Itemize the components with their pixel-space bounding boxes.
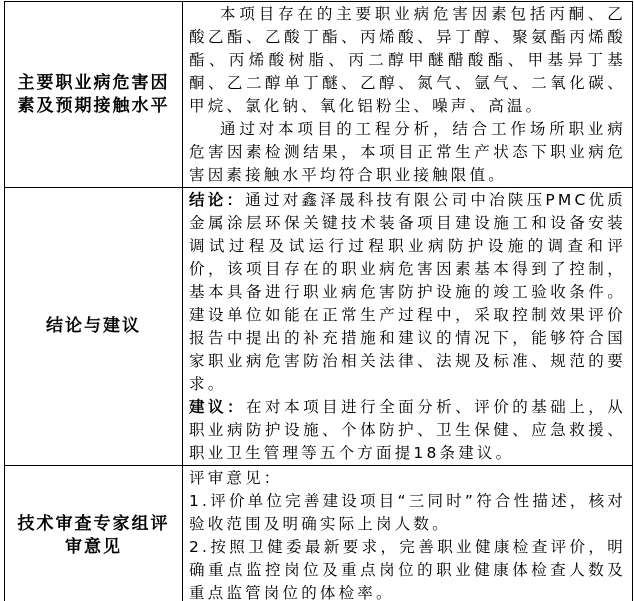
table-row-conclusion: 结论与建议 结论：通过对鑫泽晟科技有限公司中冶陕压PMC优质金属涂层环保关键技术… xyxy=(5,188,633,466)
row-content-hazards: 本项目存在的主要职业病危害因素包括丙酮、乙酸乙酯、乙酸丁酯、丙烯酸、异丁醇、聚氨… xyxy=(183,2,633,188)
report-table: 主要职业病危害因素及预期接触水平 本项目存在的主要职业病危害因素包括丙酮、乙酸乙… xyxy=(4,1,633,601)
row-label-hazards: 主要职业病危害因素及预期接触水平 xyxy=(5,2,183,188)
row-label-review: 技术审查专家组评审意见 xyxy=(5,466,183,601)
hazards-paragraph-2: 通过对本项目的工程分析，结合工作场所职业病危害因素检测结果，本项目正常生产状态下… xyxy=(189,118,626,187)
review-heading: 评审意见： xyxy=(189,467,626,490)
row-content-conclusion: 结论：通过对鑫泽晟科技有限公司中冶陕压PMC优质金属涂层环保关键技术装备项目建设… xyxy=(183,188,633,466)
row-label-conclusion: 结论与建议 xyxy=(5,188,183,466)
table-row-review: 技术审查专家组评审意见 评审意见： 1.评价单位完善建设项目“三同时”符合性描述… xyxy=(5,466,633,601)
suggestion-text: 在对本项目进行全面分析、评价的基础上，从职业病防护设施、个体防护、卫生保健、应急… xyxy=(189,398,626,462)
row-content-review: 评审意见： 1.评价单位完善建设项目“三同时”符合性描述，核对验收范围及明确实际… xyxy=(183,466,633,601)
suggestion-label: 建议： xyxy=(189,398,246,416)
table-row-hazards: 主要职业病危害因素及预期接触水平 本项目存在的主要职业病危害因素包括丙酮、乙酸乙… xyxy=(5,2,633,188)
hazards-paragraph-1: 本项目存在的主要职业病危害因素包括丙酮、乙酸乙酯、乙酸丁酯、丙烯酸、异丁醇、聚氨… xyxy=(189,3,626,118)
conclusion-text: 通过对鑫泽晟科技有限公司中冶陕压PMC优质金属涂层环保关键技术装备项目建设施工和… xyxy=(189,191,626,393)
conclusion-paragraph: 结论：通过对鑫泽晟科技有限公司中冶陕压PMC优质金属涂层环保关键技术装备项目建设… xyxy=(189,189,626,396)
suggestion-paragraph: 建议：在对本项目进行全面分析、评价的基础上，从职业病防护设施、个体防护、卫生保健… xyxy=(189,396,626,465)
conclusion-label: 结论： xyxy=(189,191,245,209)
review-item-1: 1.评价单位完善建设项目“三同时”符合性描述，核对验收范围及明确实际上岗人数。 xyxy=(189,490,626,536)
review-item-2: 2.按照卫健委最新要求，完善职业健康检查评价，明确重点监控岗位及重点岗位的职业健… xyxy=(189,536,626,601)
